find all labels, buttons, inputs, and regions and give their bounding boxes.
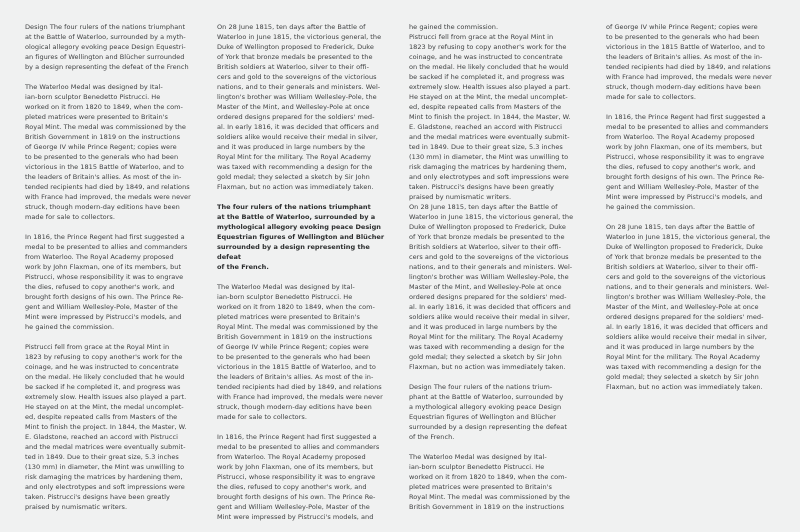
paragraph-medal-design: The Waterloo Medal was designed by Ital-… [25,82,201,222]
paragraph-pistrucci-grace: Pistrucci fell from grace at the Royal M… [409,32,587,202]
paragraph-1816-commission: In 1816, the Prince Regent had first sug… [606,112,784,212]
text-column-2: On 28 June 1815, ten days after the Batt… [217,22,393,532]
paragraph-medal-design: The Waterloo Medal was designed by Ital-… [409,452,587,512]
text-column-1: Design The four rulers of the nations tr… [25,22,201,522]
paragraph-june-1815: On 28 June 1815, ten days after the Batt… [217,22,393,192]
text-column-4: of George IV while Prince Regent; copies… [606,22,784,402]
paragraph-1816-commission: In 1816, the Prince Regent had first sug… [217,432,393,522]
paragraph-june-1815: On 28 June 1815, ten days after the Batt… [409,202,587,372]
paragraph-design-caption: Design The four rulers of the nations tr… [25,22,201,72]
paragraph-design-caption: Design The four rulers of the nations tr… [409,382,587,442]
paragraph-medal-design-continued: of George IV while Prince Regent; copies… [606,22,784,102]
paragraph-commission-end: he gained the commission. [409,22,587,32]
paragraph-bold-caption: The four rulers of the nations triumphan… [217,202,393,272]
paragraph-june-1815: On 28 June 1815, ten days after the Batt… [606,222,784,392]
paragraph-medal-design: The Waterloo Medal was designed by Ital-… [217,282,393,422]
paragraph-1816-commission: In 1816, the Prince Regent had first sug… [25,232,201,332]
document-page: Design The four rulers of the nations tr… [0,0,800,532]
text-column-3: he gained the commission. Pistrucci fell… [409,22,587,522]
paragraph-pistrucci-grace: Pistrucci fell from grace at the Royal M… [25,342,201,512]
